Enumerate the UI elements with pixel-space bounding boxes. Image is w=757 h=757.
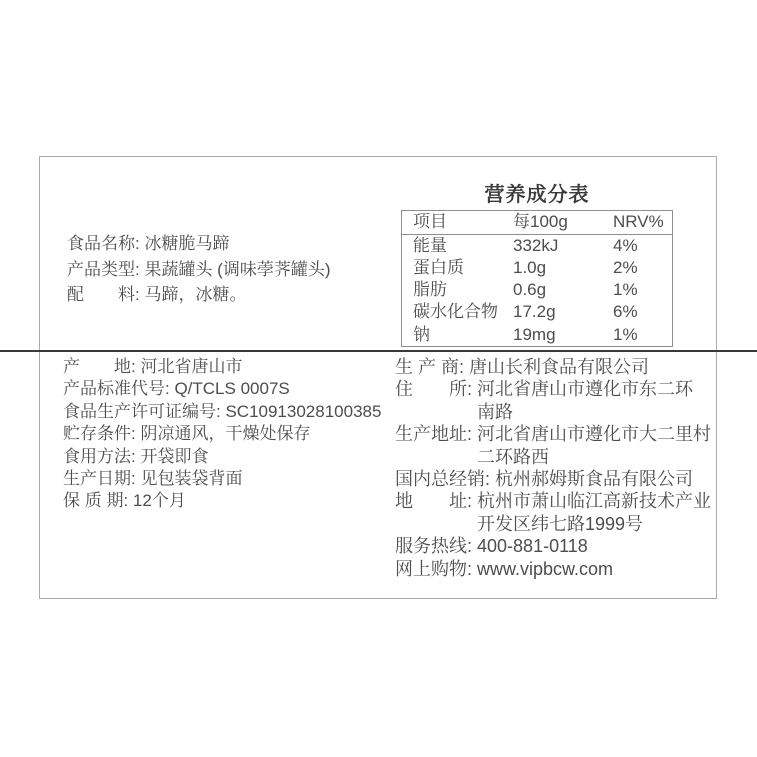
nutrition-title: 营养成分表 — [401, 183, 673, 207]
nutrition-row-energy: 能量 332kJ 4% — [402, 235, 672, 257]
nutrition-row-sodium: 钠 19mg 1% — [402, 324, 672, 346]
field-label: 服务热线: — [395, 535, 477, 557]
field-label: 配 料: — [67, 282, 144, 308]
field-value: SC10913028100385 — [225, 401, 393, 423]
nutrient-nrv: 1% — [613, 279, 672, 301]
field-value: 唐山长利食品有限公司 — [469, 356, 717, 378]
nutrient-name: 钠 — [402, 324, 513, 346]
field-row-distributor-address: 地 址: 杭州市萧山临江高新技术产业 开发区纬七路1999号 — [395, 490, 717, 535]
field-row-registered-address: 住 所: 河北省唐山市遵化市东二环 南路 — [395, 378, 717, 423]
field-label: 网上购物: — [395, 558, 477, 580]
field-value: 马蹄，冰糖。 — [144, 282, 397, 308]
field-row-food-name: 食品名称: 冰糖脆马蹄 — [67, 231, 397, 257]
field-row-product-type: 产品类型: 果蔬罐头 (调味荸荠罐头) — [67, 257, 397, 283]
field-row-storage: 贮存条件: 阴凉通风，干燥处保存 — [63, 423, 393, 445]
field-value: 阴凉通风，干燥处保存 — [140, 423, 393, 445]
field-value: 冰糖脆马蹄 — [144, 231, 397, 257]
nutrient-name: 蛋白质 — [402, 257, 513, 279]
field-value: 河北省唐山市遵化市大二里村 二环路西 — [477, 423, 717, 468]
field-row-license-number: 食品生产许可证编号: SC10913028100385 — [63, 401, 393, 423]
field-label: 产品类型: — [67, 257, 144, 283]
field-label: 生产日期: — [63, 468, 140, 490]
field-row-online-shop: 网上购物: www.vipbcw.com — [395, 558, 717, 580]
field-value: 见包装袋背面 — [140, 468, 393, 490]
field-row-production-date: 生产日期: 见包装袋背面 — [63, 468, 393, 490]
details-right-column: 生 产 商: 唐山长利食品有限公司 住 所: 河北省唐山市遵化市东二环 南路 生… — [395, 356, 717, 580]
field-label: 食品名称: — [67, 231, 144, 257]
field-row-service-hotline: 服务热线: 400-881-0118 — [395, 535, 717, 557]
nutrient-name: 脂肪 — [402, 279, 513, 301]
nutrient-amount: 17.2g — [513, 301, 613, 323]
field-value: Q/TCLS 0007S — [174, 378, 393, 400]
field-value: 河北省唐山市 — [140, 356, 393, 378]
nutrition-header-nrv: NRV% — [613, 211, 672, 234]
horizontal-divider — [0, 350, 757, 352]
nutrient-nrv: 2% — [613, 257, 672, 279]
nutrition-row-carbohydrate: 碳水化合物 17.2g 6% — [402, 301, 672, 323]
field-row-standard-code: 产品标准代号: Q/TCLS 0007S — [63, 378, 393, 400]
details-left-column: 产 地: 河北省唐山市 产品标准代号: Q/TCLS 0007S 食品生产许可证… — [63, 356, 393, 513]
field-label: 生产地址: — [395, 423, 477, 445]
field-row-usage: 食用方法: 开袋即食 — [63, 446, 393, 468]
nutrition-header-per100g: 每100g — [513, 211, 613, 234]
field-label: 食用方法: — [63, 446, 140, 468]
field-label: 住 所: — [395, 378, 477, 400]
field-value: 果蔬罐头 (调味荸荠罐头) — [144, 257, 397, 283]
field-value: 12个月 — [133, 490, 393, 512]
nutrient-amount: 0.6g — [513, 279, 613, 301]
field-label: 产 地: — [63, 356, 140, 378]
nutrient-name: 碳水化合物 — [402, 301, 513, 323]
nutrient-nrv: 1% — [613, 324, 672, 346]
nutrient-amount: 1.0g — [513, 257, 613, 279]
field-row-origin: 产 地: 河北省唐山市 — [63, 356, 393, 378]
field-row-manufacturer: 生 产 商: 唐山长利食品有限公司 — [395, 356, 717, 378]
field-row-ingredients: 配 料: 马蹄，冰糖。 — [67, 282, 397, 308]
nutrition-panel: 营养成分表 项目 每100g NRV% 能量 332kJ 4% 蛋白质 1.0g… — [401, 183, 673, 347]
field-label: 保 质 期: — [63, 490, 133, 512]
field-value: 杭州市萧山临江高新技术产业 开发区纬七路1999号 — [477, 490, 717, 535]
nutrient-name: 能量 — [402, 235, 513, 257]
nutrient-amount: 332kJ — [513, 235, 613, 257]
field-row-shelf-life: 保 质 期: 12个月 — [63, 490, 393, 512]
field-value: 杭州郝姆斯食品有限公司 — [495, 468, 717, 490]
field-label: 贮存条件: — [63, 423, 140, 445]
field-label: 生 产 商: — [395, 356, 469, 378]
field-row-production-address: 生产地址: 河北省唐山市遵化市大二里村 二环路西 — [395, 423, 717, 468]
field-value: 400-881-0118 — [477, 535, 717, 557]
field-label: 地 址: — [395, 490, 477, 512]
nutrition-row-fat: 脂肪 0.6g 1% — [402, 279, 672, 301]
field-label: 产品标准代号: — [63, 378, 174, 400]
nutrient-amount: 19mg — [513, 324, 613, 346]
field-value: www.vipbcw.com — [477, 558, 717, 580]
field-value: 河北省唐山市遵化市东二环 南路 — [477, 378, 717, 423]
nutrition-header-item: 项目 — [402, 211, 513, 234]
product-basic-info: 食品名称: 冰糖脆马蹄 产品类型: 果蔬罐头 (调味荸荠罐头) 配 料: 马蹄，… — [67, 231, 397, 308]
field-label: 食品生产许可证编号: — [63, 401, 225, 423]
product-label-page: 食品名称: 冰糖脆马蹄 产品类型: 果蔬罐头 (调味荸荠罐头) 配 料: 马蹄，… — [0, 0, 757, 757]
field-row-distributor: 国内总经销: 杭州郝姆斯食品有限公司 — [395, 468, 717, 490]
nutrition-row-protein: 蛋白质 1.0g 2% — [402, 257, 672, 279]
nutrient-nrv: 6% — [613, 301, 672, 323]
nutrition-header-row: 项目 每100g NRV% — [402, 211, 672, 235]
field-value: 开袋即食 — [140, 446, 393, 468]
field-label: 国内总经销: — [395, 468, 495, 490]
nutrition-table: 项目 每100g NRV% 能量 332kJ 4% 蛋白质 1.0g 2% 脂肪… — [401, 210, 673, 347]
nutrient-nrv: 4% — [613, 235, 672, 257]
